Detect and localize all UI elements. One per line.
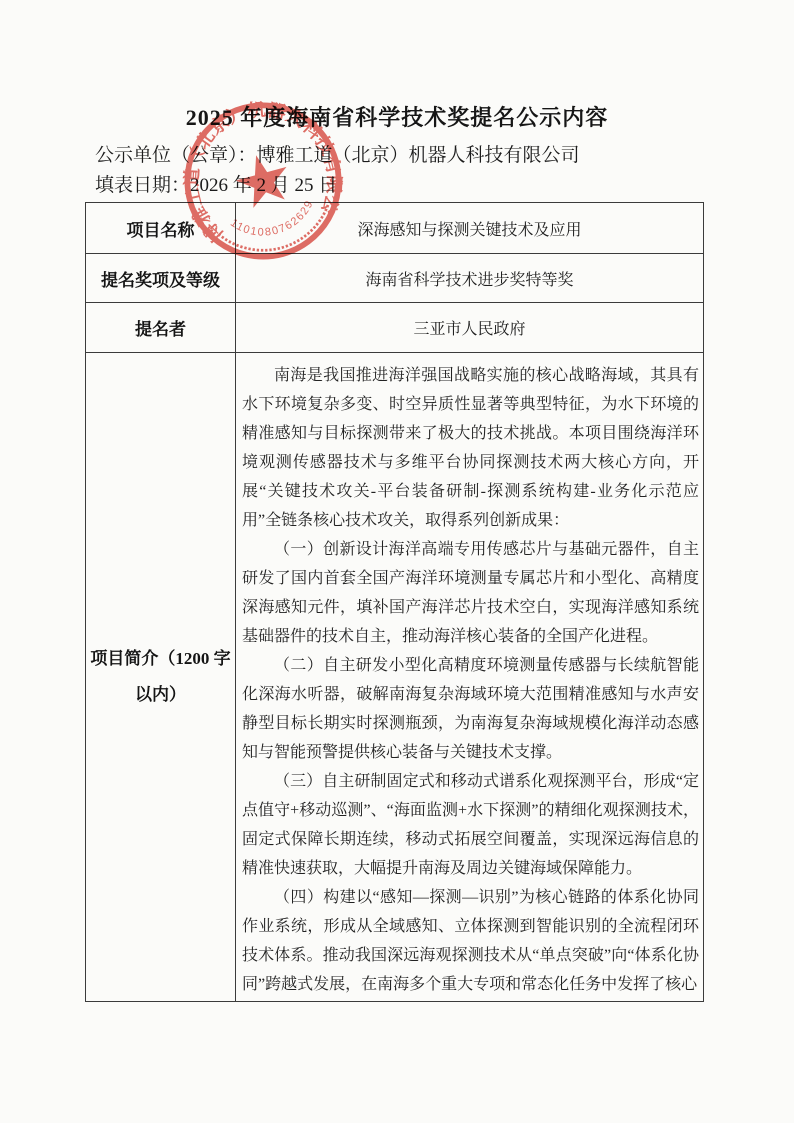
table-row-award-grade: 提名奖项及等级 海南省科学技术进步奖特等奖 [86, 254, 704, 303]
publicity-unit-line: 公示单位（公章）：博雅工道（北京）机器人科技有限公司 [95, 141, 794, 171]
document-page: 2025 年度海南省科学技术奖提名公示内容 公示单位（公章）：博雅工道（北京）机… [0, 0, 794, 1123]
project-name-label: 项目名称 [86, 203, 236, 254]
table-row-project-name: 项目名称 深海感知与探测关键技术及应用 [86, 203, 704, 254]
document-title: 2025 年度海南省科学技术奖提名公示内容 [0, 103, 794, 133]
nomination-table: 项目名称 深海感知与探测关键技术及应用 提名奖项及等级 海南省科学技术进步奖特等… [85, 202, 704, 1002]
table-row-nominator: 提名者 三亚市人民政府 [86, 303, 704, 353]
project-intro-label: 项目简介（1200 字以内） [86, 353, 236, 1002]
project-intro-text: 南海是我国推进海洋强国战略实施的核心战略海域，其具有水下环境复杂多变、时空异质性… [242, 361, 699, 1001]
project-name-value: 深海感知与探测关键技术及应用 [236, 203, 704, 254]
intro-paragraph: （三）自主研制固定式和移动式谱系化观探测平台，形成“定点值守+移动巡测”、“海面… [242, 767, 699, 883]
intro-paragraph: 南海是我国推进海洋强国战略实施的核心战略海域，其具有水下环境复杂多变、时空异质性… [242, 361, 699, 535]
nominator-value: 三亚市人民政府 [236, 303, 704, 353]
nominator-label: 提名者 [86, 303, 236, 353]
fill-date-line: 填表日期：2026 年 2 月 25 日 [95, 171, 794, 201]
project-intro-content: 南海是我国推进海洋强国战略实施的核心战略海域，其具有水下环境复杂多变、时空异质性… [236, 353, 704, 1002]
intro-paragraph: （二）自主研发小型化高精度环境测量传感器与长续航智能化深海水听器，破解南海复杂海… [242, 651, 699, 767]
table-row-project-intro: 项目简介（1200 字以内） 南海是我国推进海洋强国战略实施的核心战略海域，其具… [86, 353, 704, 1002]
award-grade-label: 提名奖项及等级 [86, 254, 236, 303]
intro-paragraph: （一）创新设计海洋高端专用传感芯片与基础元器件，自主研发了国内首套全国产海洋环境… [242, 535, 699, 651]
award-grade-value: 海南省科学技术进步奖特等奖 [236, 254, 704, 303]
intro-paragraph: （四）构建以“感知—探测—识别”为核心链路的体系化协同作业系统，形成从全域感知、… [242, 883, 699, 999]
